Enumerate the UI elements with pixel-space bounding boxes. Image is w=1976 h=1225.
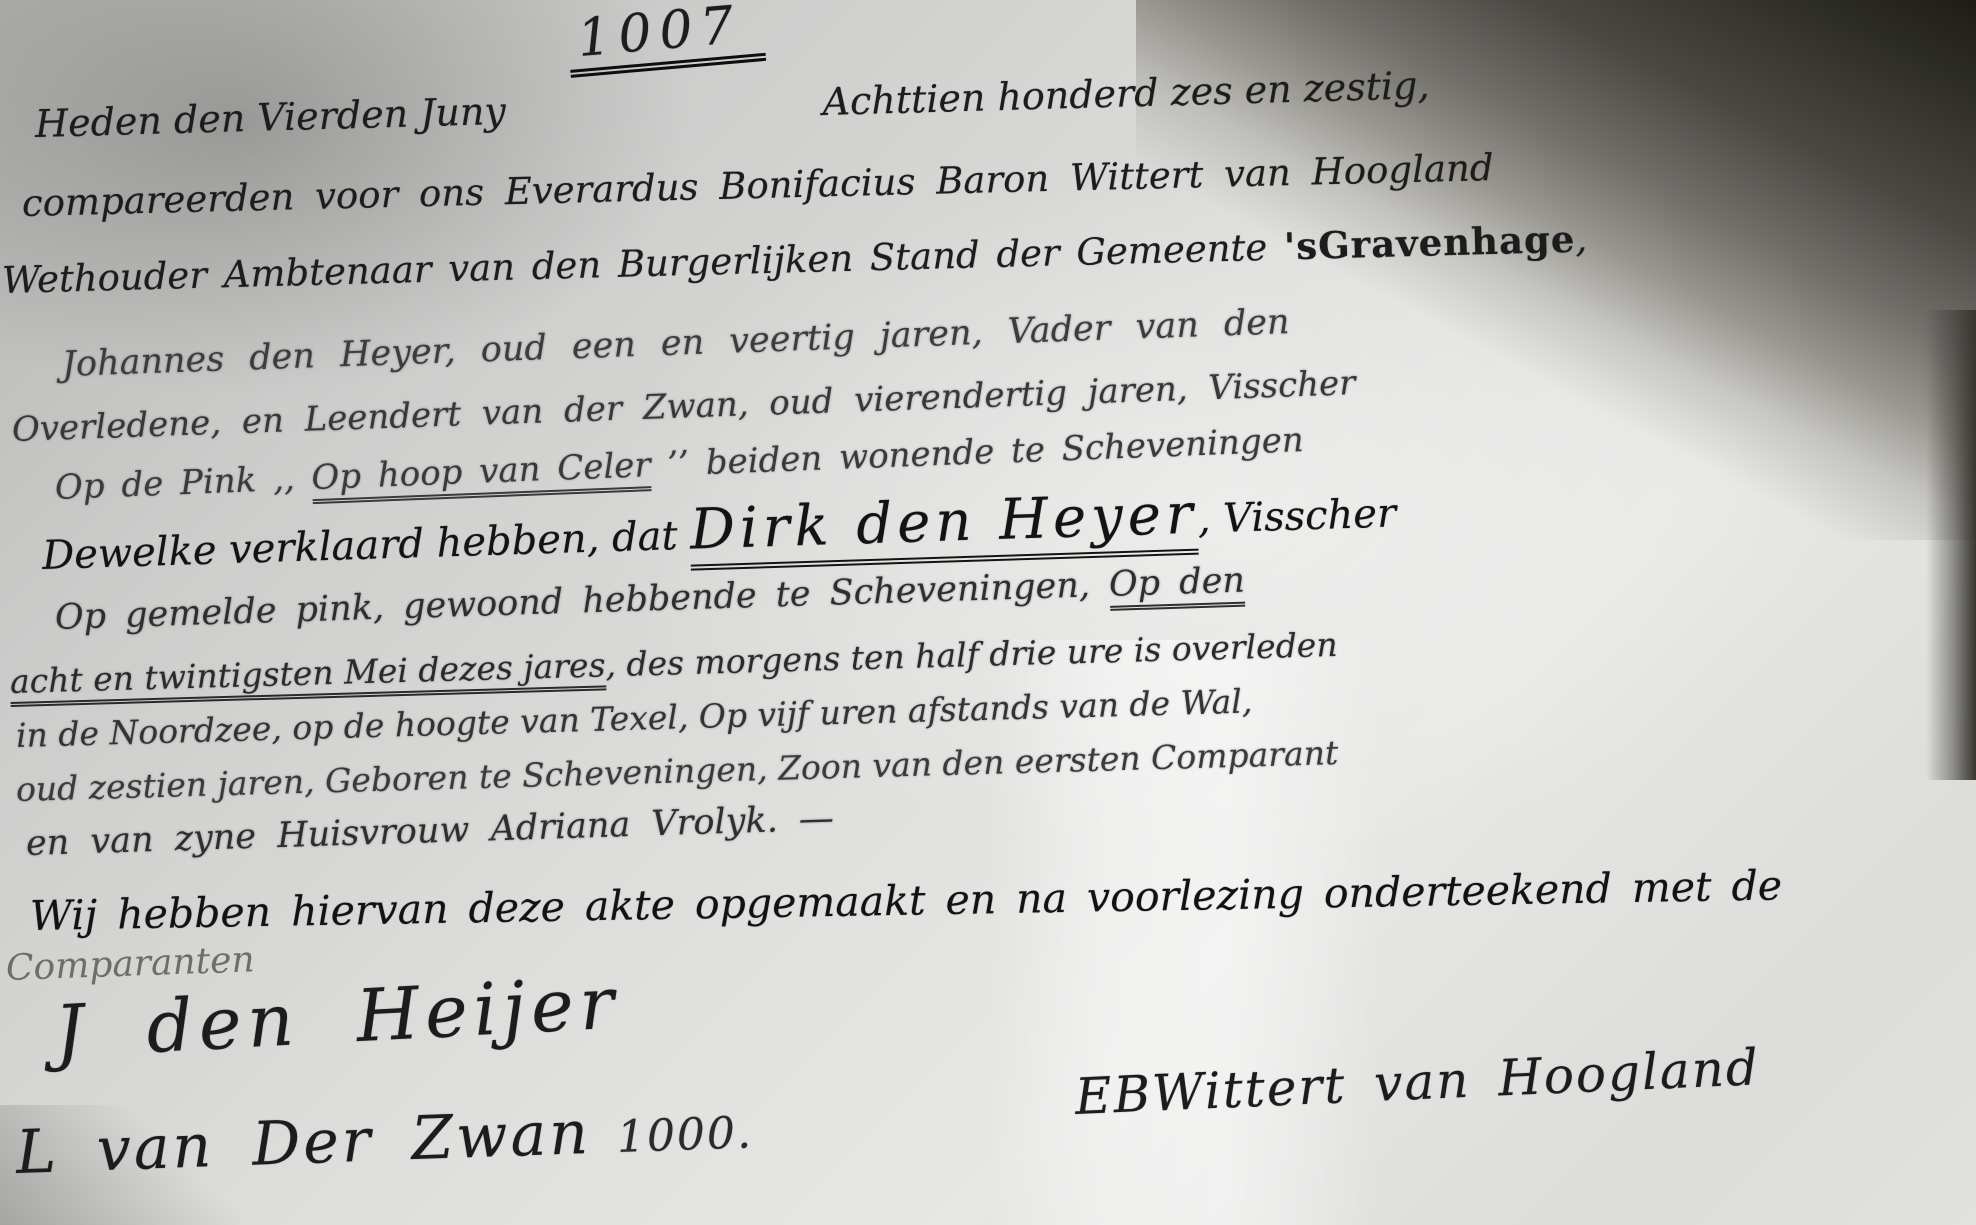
signature-nummer: 1000.: [616, 1107, 754, 1163]
overledene-naam: Dirk den Heyer: [689, 482, 1199, 571]
ambtenaar-text: Wethouder Ambtenaar van den Burgerlijken…: [1, 225, 1284, 302]
ambtenaar-line: Wethouder Ambtenaar van den Burgerlijken…: [1, 217, 1587, 302]
ship-name: Op hoop van Celer: [311, 445, 652, 504]
gemeente-stamp: 'sGravenhage: [1283, 217, 1576, 269]
act-number: 1007: [565, 0, 767, 78]
pink-suffix: ’’ beiden wonende te Scheveningen: [650, 420, 1305, 485]
death-record-scan: 1007 Heden den Vierden Juny Achttien hon…: [0, 0, 1976, 1225]
signature-getuige: L van Der Zwan1000.: [15, 1092, 754, 1188]
pink-prefix: Op de Pink ,,: [54, 458, 312, 508]
gemeente-comma: ,: [1575, 217, 1588, 260]
signature-ambtenaar: EBWittert van Hoogland: [1074, 1038, 1761, 1126]
verklaring-prefix: Dewelke verklaard hebben, dat: [41, 513, 691, 579]
date-year: Achttien honderd zes en zestig,: [822, 63, 1430, 124]
moeder-line: en van zyne Huisvrouw Adriana Vrolyk. —: [25, 799, 834, 864]
comparitie-line: compareerden voor ons Everardus Bonifaci…: [21, 146, 1494, 225]
page-edge-shadow: [1926, 310, 1976, 780]
slotformule-line: Wij hebben hiervan deze akte opgemaakt e…: [30, 861, 1783, 940]
date-day: Heden den Vierden Juny: [34, 89, 506, 146]
op-den: Op den: [1108, 561, 1245, 611]
signature-getuige-naam: L van Der Zwan: [15, 1098, 592, 1188]
datum-overlijden: acht en twintigsten Mei dezes jares: [9, 645, 606, 707]
date-line: Heden den Vierden Juny Achttien honderd …: [34, 63, 1430, 146]
tijd-overlijden: , des morgens ten half drie ure is overl…: [605, 625, 1338, 684]
verklaring-suffix: , Visscher: [1197, 490, 1397, 542]
